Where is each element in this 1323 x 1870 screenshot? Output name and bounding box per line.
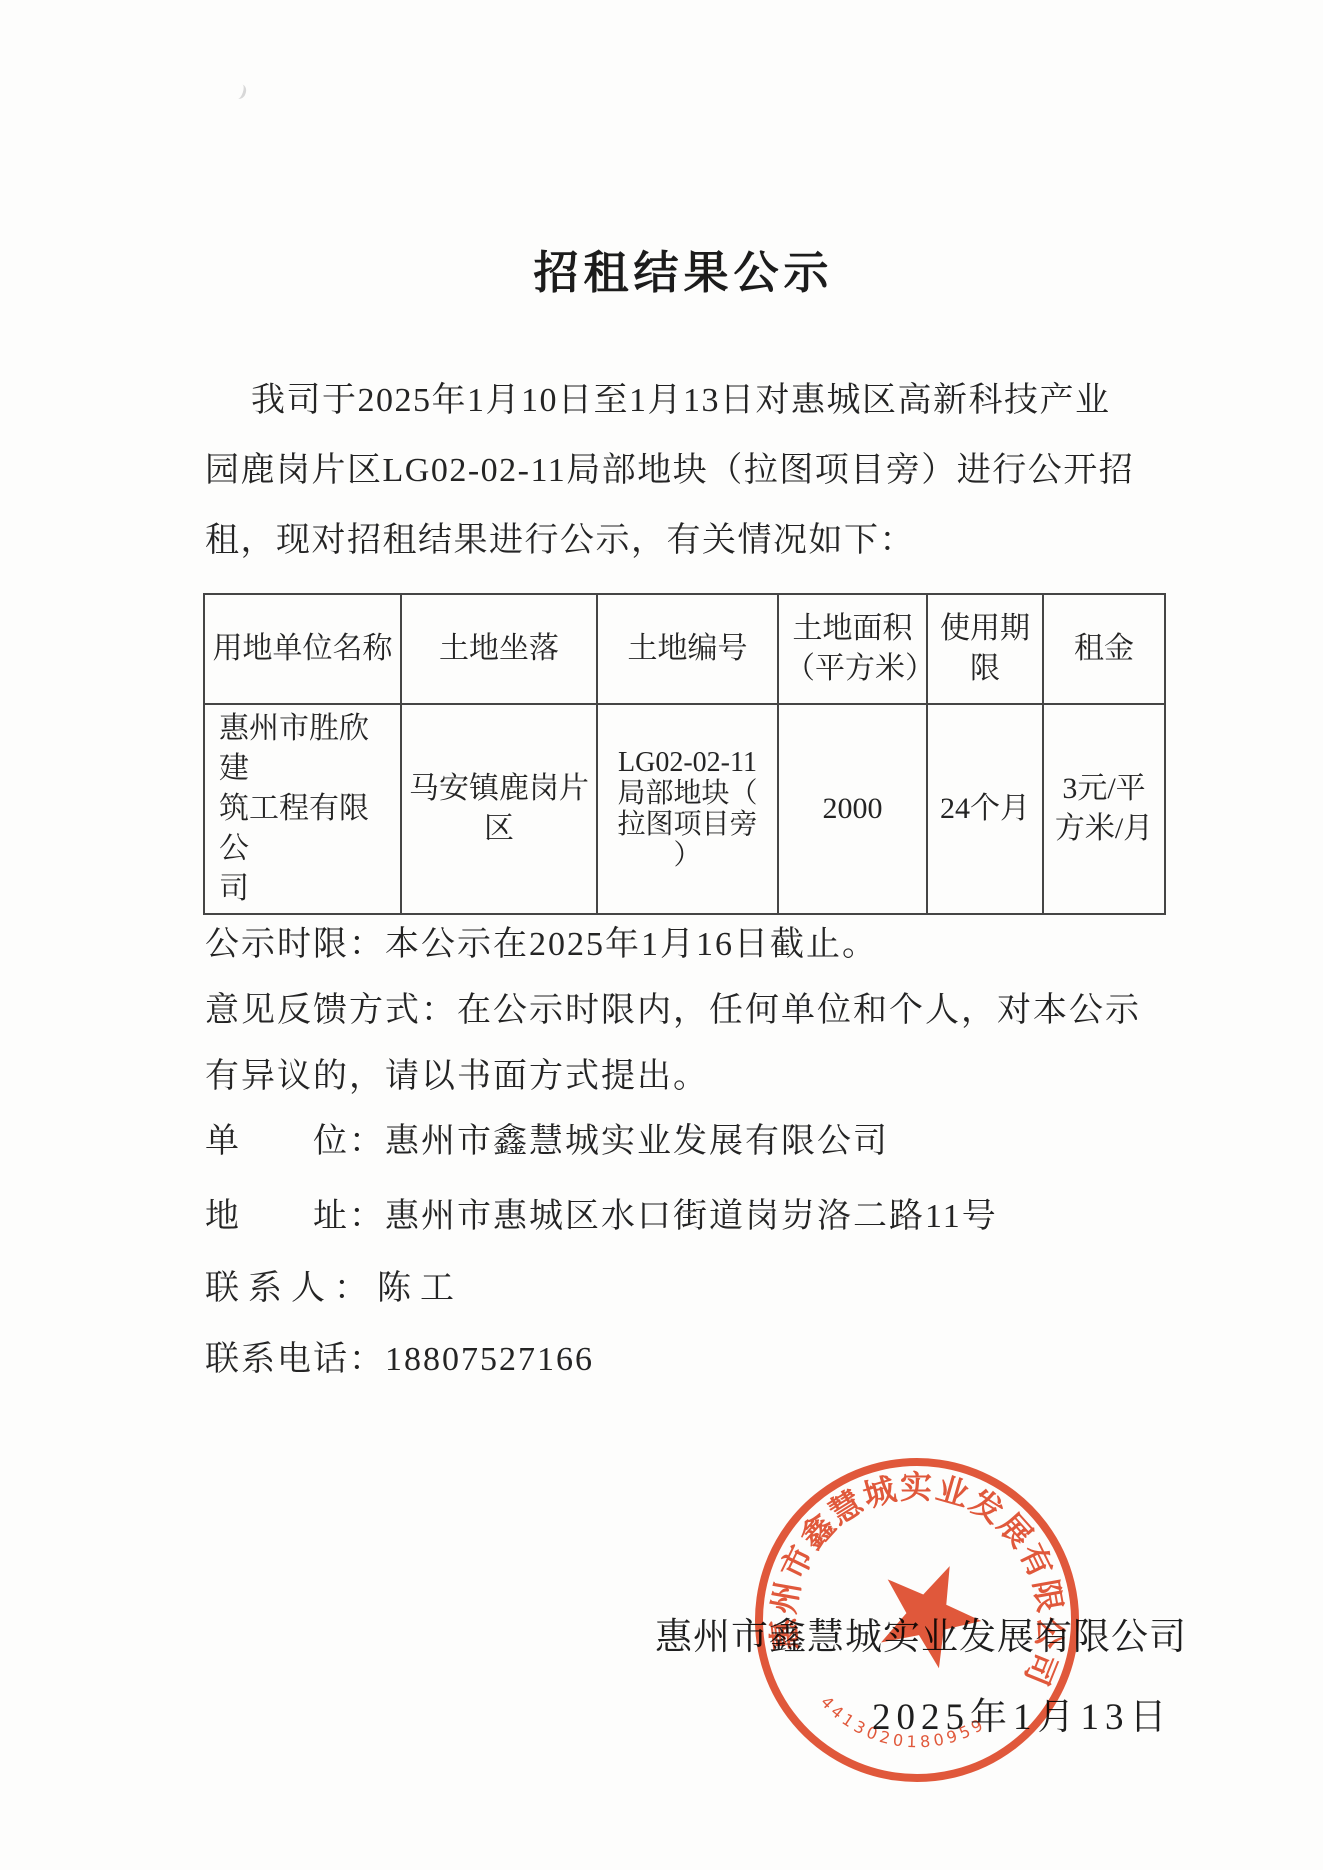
cell-parcel-id: LG02-02-11 局部地块（ 拉图项目旁 ）	[597, 704, 778, 914]
address-line: 地 址：惠州市惠城区水口街道岗岃洛二路11号	[205, 1188, 998, 1237]
unit-line: 单 位：惠州市鑫慧城实业发展有限公司	[205, 1113, 889, 1162]
cell-location: 马安镇鹿岗片 区	[401, 704, 597, 914]
contact-phone-line: 联系电话：18807527166	[205, 1331, 594, 1380]
header-cell-term: 使用期 限	[927, 594, 1043, 704]
table-header-row: 用地单位名称 土地坐落 土地编号 土地面积 （平方米） 使用期 限 租金	[204, 594, 1165, 704]
cell-land-user: 惠州市胜欣建 筑工程有限公 司	[204, 704, 401, 914]
cell-rent: 3元/平 方米/月	[1043, 704, 1165, 914]
header-cell-land-user: 用地单位名称	[204, 594, 401, 704]
seal-star-icon	[863, 1545, 996, 1676]
header-cell-parcel-id: 土地编号	[597, 594, 778, 704]
cell-area: 2000	[778, 704, 927, 914]
body-paragraph-line: 租，现对招租结果进行公示，有关情况如下：	[205, 512, 1165, 561]
deadline-line: 公示时限：本公示在2025年1月16日截止。	[205, 916, 878, 965]
rental-result-table: 用地单位名称 土地坐落 土地编号 土地面积 （平方米） 使用期 限 租金 惠州市…	[203, 593, 1166, 915]
body-paragraph-line: 园鹿岗片区LG02-02-11局部地块（拉图项目旁）进行公开招	[205, 442, 1165, 491]
header-cell-rent: 租金	[1043, 594, 1165, 704]
header-cell-location: 土地坐落	[401, 594, 597, 704]
svg-text:4413020180959: 4413020180959	[812, 1691, 991, 1762]
cell-term: 24个月	[927, 704, 1043, 914]
seal-ring-text: 惠州市鑫慧城实业发展有限公司	[760, 1448, 1089, 1693]
contact-person-line: 联系人：陈工	[205, 1260, 463, 1309]
scan-artifact	[232, 83, 248, 101]
header-cell-area: 土地面积 （平方米）	[778, 594, 927, 704]
page-title: 招租结果公示	[203, 236, 1164, 301]
company-seal-stamp: 惠州市鑫慧城实业发展有限公司 4413020180959	[714, 1417, 1121, 1824]
table-row: 惠州市胜欣建 筑工程有限公 司 马安镇鹿岗片 区 LG02-02-11 局部地块…	[204, 704, 1165, 914]
body-paragraph-line: 我司于2025年1月10日至1月13日对惠城区高新科技产业	[205, 372, 1211, 421]
feedback-line-1: 意见反馈方式：在公示时限内，任何单位和个人，对本公示	[205, 982, 1141, 1031]
seal-serial-number: 4413020180959	[812, 1691, 991, 1762]
feedback-line-2: 有异议的，请以书面方式提出。	[205, 1048, 709, 1097]
svg-text:惠州市鑫慧城实业发展有限公司: 惠州市鑫慧城实业发展有限公司	[760, 1448, 1089, 1693]
document-page: 招租结果公示 我司于2025年1月10日至1月13日对惠城区高新科技产业 园鹿岗…	[0, 0, 1323, 1870]
